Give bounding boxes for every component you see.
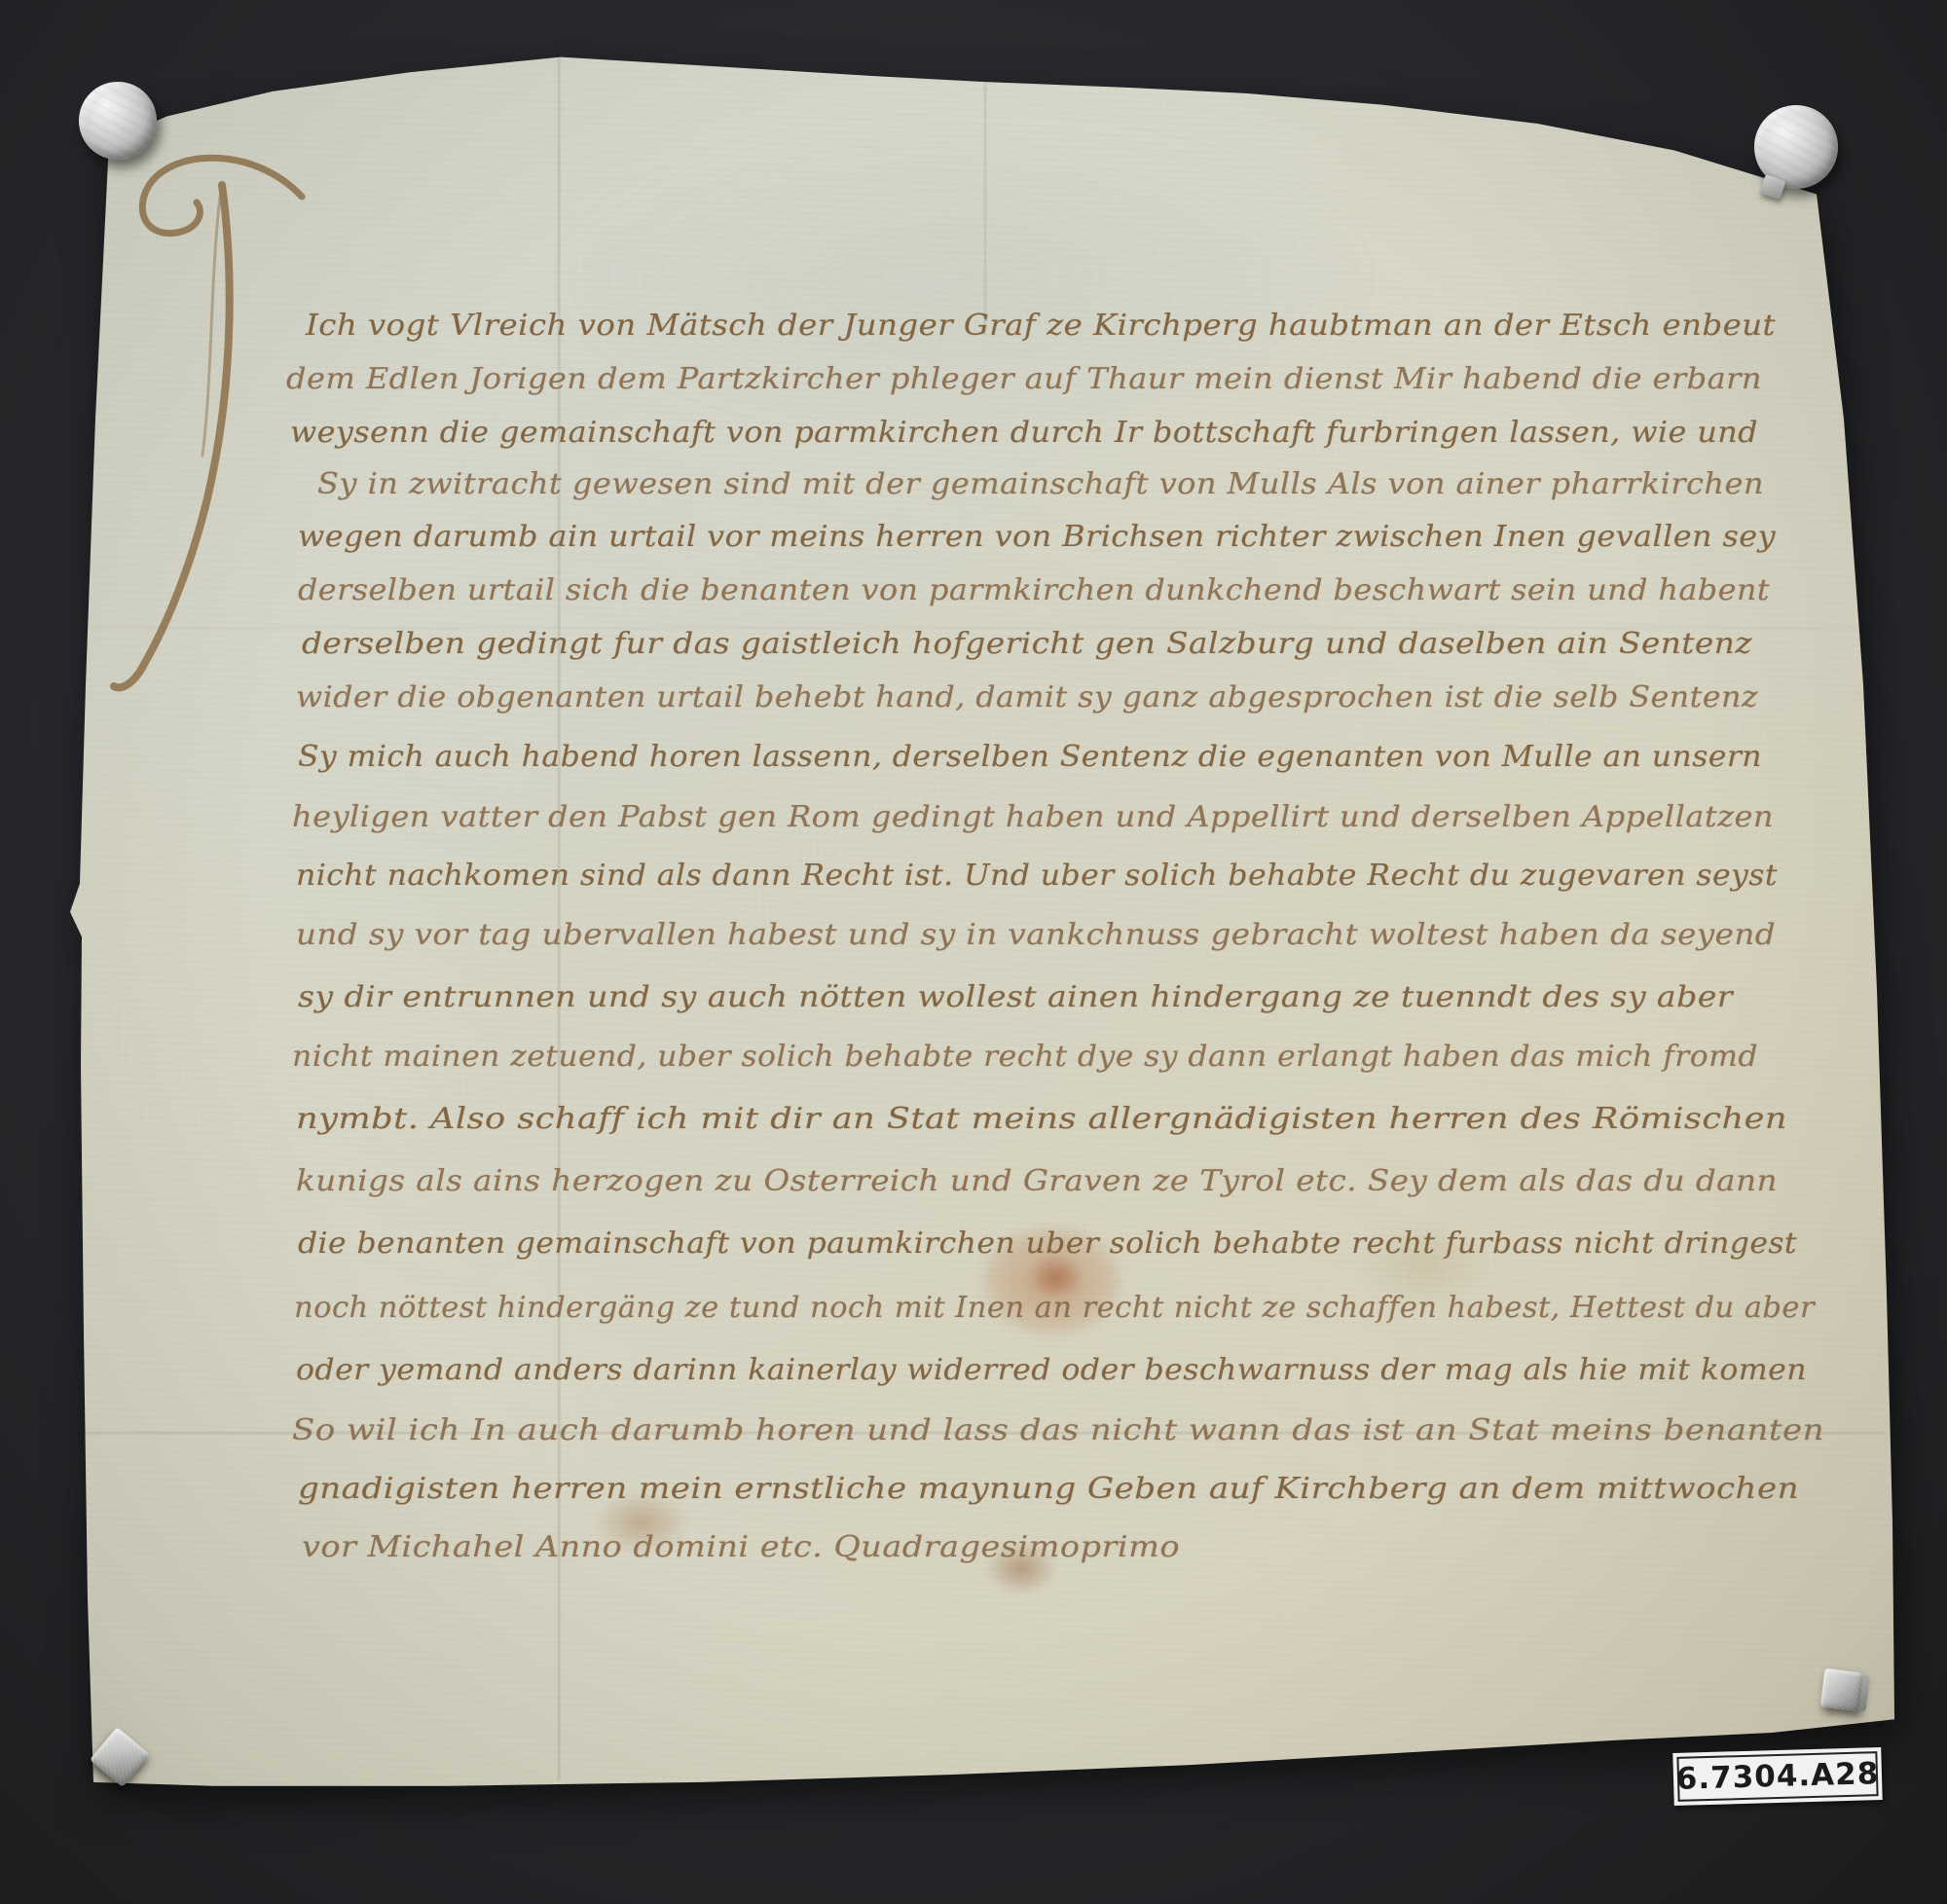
- manuscript-line: So wil ich In auch darumb horen und lass…: [292, 1416, 1824, 1446]
- fold-crease-vertical-left: [557, 55, 562, 1780]
- manuscript-line: Ich vogt Vlreich von Mätsch der Junger G…: [306, 311, 1776, 341]
- manuscript-line: und sy vor tag ubervallen habest und sy …: [296, 921, 1776, 950]
- parchment-wrapper: Ich vogt Vlreich von Mätsch der Junger G…: [0, 0, 1947, 1904]
- parchment: Ich vogt Vlreich von Mätsch der Junger G…: [0, 0, 1947, 1904]
- weight-cube-bottom-right: [1820, 1668, 1864, 1712]
- stain-large-core: [1028, 1254, 1084, 1300]
- initial-letter-flourish: [105, 134, 314, 704]
- manuscript-line: wegen darumb ain urtail vor meins herren…: [298, 523, 1776, 552]
- fold-crease-vertical-center: [983, 68, 987, 335]
- manuscript-line: vor Michahel Anno domini etc. Quadragesi…: [302, 1533, 1180, 1562]
- manuscript-line: noch nöttest hindergäng ze tund noch mit…: [294, 1294, 1815, 1323]
- manuscript-line: derselben gedingt fur das gaistleich hof…: [302, 630, 1752, 659]
- manuscript-line: wider die obgenanten urtail behebt hand,…: [296, 683, 1758, 713]
- shelfmark-label: 6.7304.A28: [1672, 1747, 1882, 1806]
- manuscript-line: nymbt. Also schaff ich mit dir an Stat m…: [296, 1105, 1787, 1134]
- shelfmark-text: 6.7304.A28: [1675, 1756, 1879, 1797]
- manuscript-line: Sy in zwitracht gewesen sind mit der gem…: [317, 470, 1764, 499]
- stain-faint-right: [1359, 1223, 1491, 1306]
- weight-disc-top-right: [1754, 105, 1838, 189]
- stain-middle-bottom: [594, 1491, 689, 1554]
- manuscript-text: Ich vogt Vlreich von Mätsch der Junger G…: [0, 0, 1947, 1904]
- manuscript-line: die benanten gemainschaft von paumkirche…: [298, 1229, 1797, 1259]
- manuscript-line: gnadigisten herren mein ernstliche maynu…: [298, 1475, 1799, 1504]
- manuscript-line: nicht mainen zetuend, uber solich behabt…: [292, 1043, 1758, 1072]
- fold-crease-horizontal-lower: [86, 1432, 1885, 1437]
- fold-crease-horizontal-upper: [86, 627, 1857, 631]
- manuscript-line: kunigs als ains herzogen zu Osterreich u…: [296, 1167, 1778, 1196]
- stain-large: [979, 1225, 1123, 1337]
- stain-dateline: [985, 1542, 1057, 1594]
- photo-background: Ich vogt Vlreich von Mätsch der Junger G…: [0, 0, 1947, 1904]
- discoloration-top: [545, 117, 1382, 438]
- manuscript-line: derselben urtail sich die benanten von p…: [298, 576, 1770, 605]
- manuscript-line: sy dir entrunnen und sy auch nötten woll…: [298, 983, 1733, 1012]
- manuscript-line: heyligen vatter den Pabst gen Rom geding…: [292, 803, 1774, 832]
- shelfmark-label-frame: 6.7304.A28: [1676, 1751, 1878, 1802]
- manuscript-line: Sy mich auch habend horen lassenn, derse…: [298, 743, 1762, 772]
- manuscript-line: weysenn die gemainschaft von parmkirchen…: [290, 419, 1758, 448]
- manuscript-line: dem Edlen Jorigen dem Partzkircher phleg…: [286, 365, 1762, 394]
- weight-disc-top-left: [79, 82, 157, 160]
- manuscript-line: oder yemand anders darinn kainerlay wide…: [296, 1356, 1807, 1385]
- manuscript-line: nicht nachkomen sind als dann Recht ist.…: [296, 861, 1778, 891]
